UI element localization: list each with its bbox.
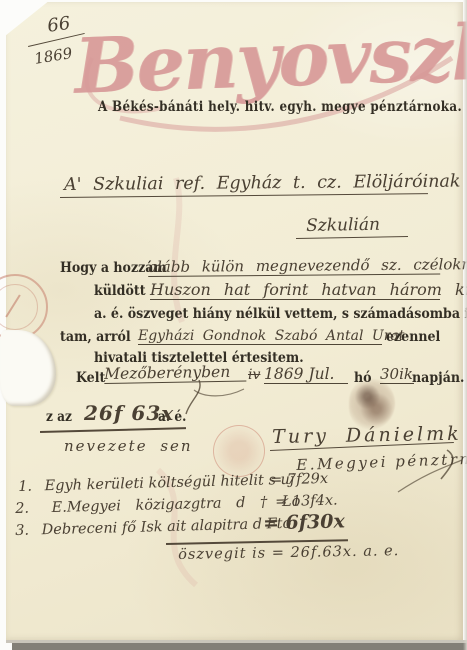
item-amount: = 6f30x (263, 510, 345, 534)
item-number: 3. (15, 523, 29, 539)
body-line2-printed: küldött (94, 283, 146, 299)
registry-number: 66 (46, 13, 72, 37)
letterhead-script-name: Benyovszki (73, 6, 467, 111)
item-amount: = 13f4x. (275, 493, 338, 511)
recipient-line: A' Szkuliai ref. Egyház t. cz. Elöljárói… (64, 172, 461, 195)
amount-printed-prefix: z az (46, 409, 72, 425)
dateline-place-fill: Mezőberényben (104, 360, 246, 384)
dateline-ho: hó (354, 370, 372, 386)
body-line2-fill: Huszon hat forint hatvan három kr (150, 274, 440, 300)
dateline-struck-word: iv (248, 367, 260, 383)
amount-value: 26f 63x (84, 401, 174, 425)
amount-detail: nevezete sen (64, 437, 193, 455)
recipient-place: Szkulián (306, 215, 380, 236)
body-line4-printed-start: tam, arról (60, 329, 131, 345)
dateline-kelt: Kelt (76, 370, 105, 386)
scan-edge-bottom (12, 643, 467, 650)
body-line3-printed: a. é. öszveget hiány nélkül vettem, s sz… (94, 306, 467, 322)
body-line4-fill: Egyházi Gondnok Szabó Antal Urat (138, 322, 382, 345)
item-number: 1. (18, 479, 32, 495)
letterhead-subtitle: A Békés-bánáti hely. hitv. egyh. megye p… (98, 99, 462, 115)
body-line1-fill: alább külön megnevezendő sz. czélokra (148, 249, 440, 277)
scan-edge-right (463, 0, 467, 650)
postmark-stroke-icon (5, 294, 20, 317)
dateline-napjan: napján. (412, 370, 464, 386)
postmark-center-icon (213, 425, 265, 477)
dateline-year-fill: 1869 Jul. (264, 362, 348, 384)
signature-name: Tury Dánielmk (272, 423, 462, 448)
dateline-day-fill: 30ik (380, 360, 414, 384)
document-scan: 66 1869 Benyovszki A Békés-bánáti hely. … (0, 0, 467, 650)
item-amount: = 7f29x (270, 471, 328, 489)
item-number: 2. (15, 501, 29, 517)
